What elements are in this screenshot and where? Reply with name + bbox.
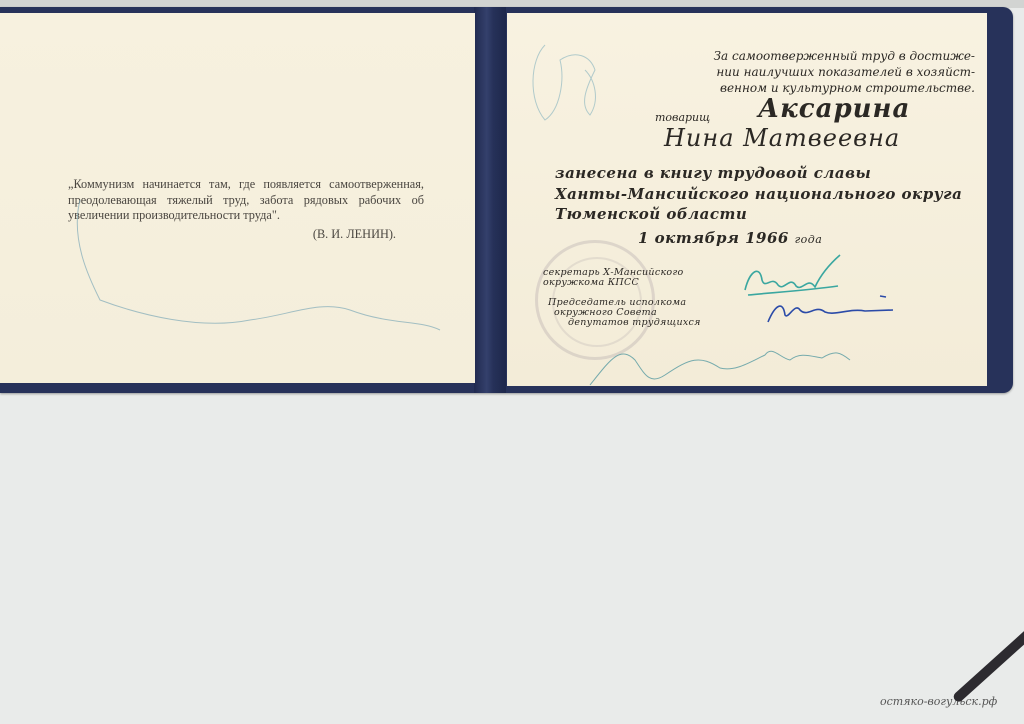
intro-line: За самоотверженный труд в достиже- (675, 48, 975, 64)
booklet-spine (474, 7, 506, 393)
body-line: занесена в книгу трудовой славы (555, 164, 871, 182)
body-line: Ханты-Мансийского национального округа (555, 185, 962, 203)
quote-text: „Коммунизм начинается там, где появляетс… (68, 177, 424, 222)
body-line: Тюменской области (555, 205, 747, 223)
award-reason: За самоотверженный труд в достиже- нии н… (675, 48, 975, 96)
date-suffix: года (795, 233, 823, 246)
addressee-label: товарищ (655, 111, 710, 124)
signatory-2-title: Председатель исполкома окружного Совета … (548, 298, 701, 328)
recipient-surname: Аксарина (758, 94, 910, 124)
watermark: остяко-вогульск.рф (880, 695, 997, 708)
date-main: 1 октября 1966 (638, 229, 789, 247)
signatory-line: депутатов трудящихся (548, 318, 701, 328)
award-date: 1 октября 1966 года (638, 229, 822, 247)
signatory-line: окружкома КПСС (543, 278, 684, 288)
scanner-cable (952, 623, 1024, 704)
signatory-1-title: секретарь Х-Мансийского окружкома КПСС (543, 268, 684, 288)
quote-author: (В. И. ЛЕНИН). (68, 227, 424, 243)
intro-line: нии наилучших показателей в хозяйст- (675, 64, 975, 80)
lenin-quote: „Коммунизм начинается там, где появляетс… (68, 177, 424, 242)
recipient-given-names: Нина Матвеевна (664, 124, 900, 152)
